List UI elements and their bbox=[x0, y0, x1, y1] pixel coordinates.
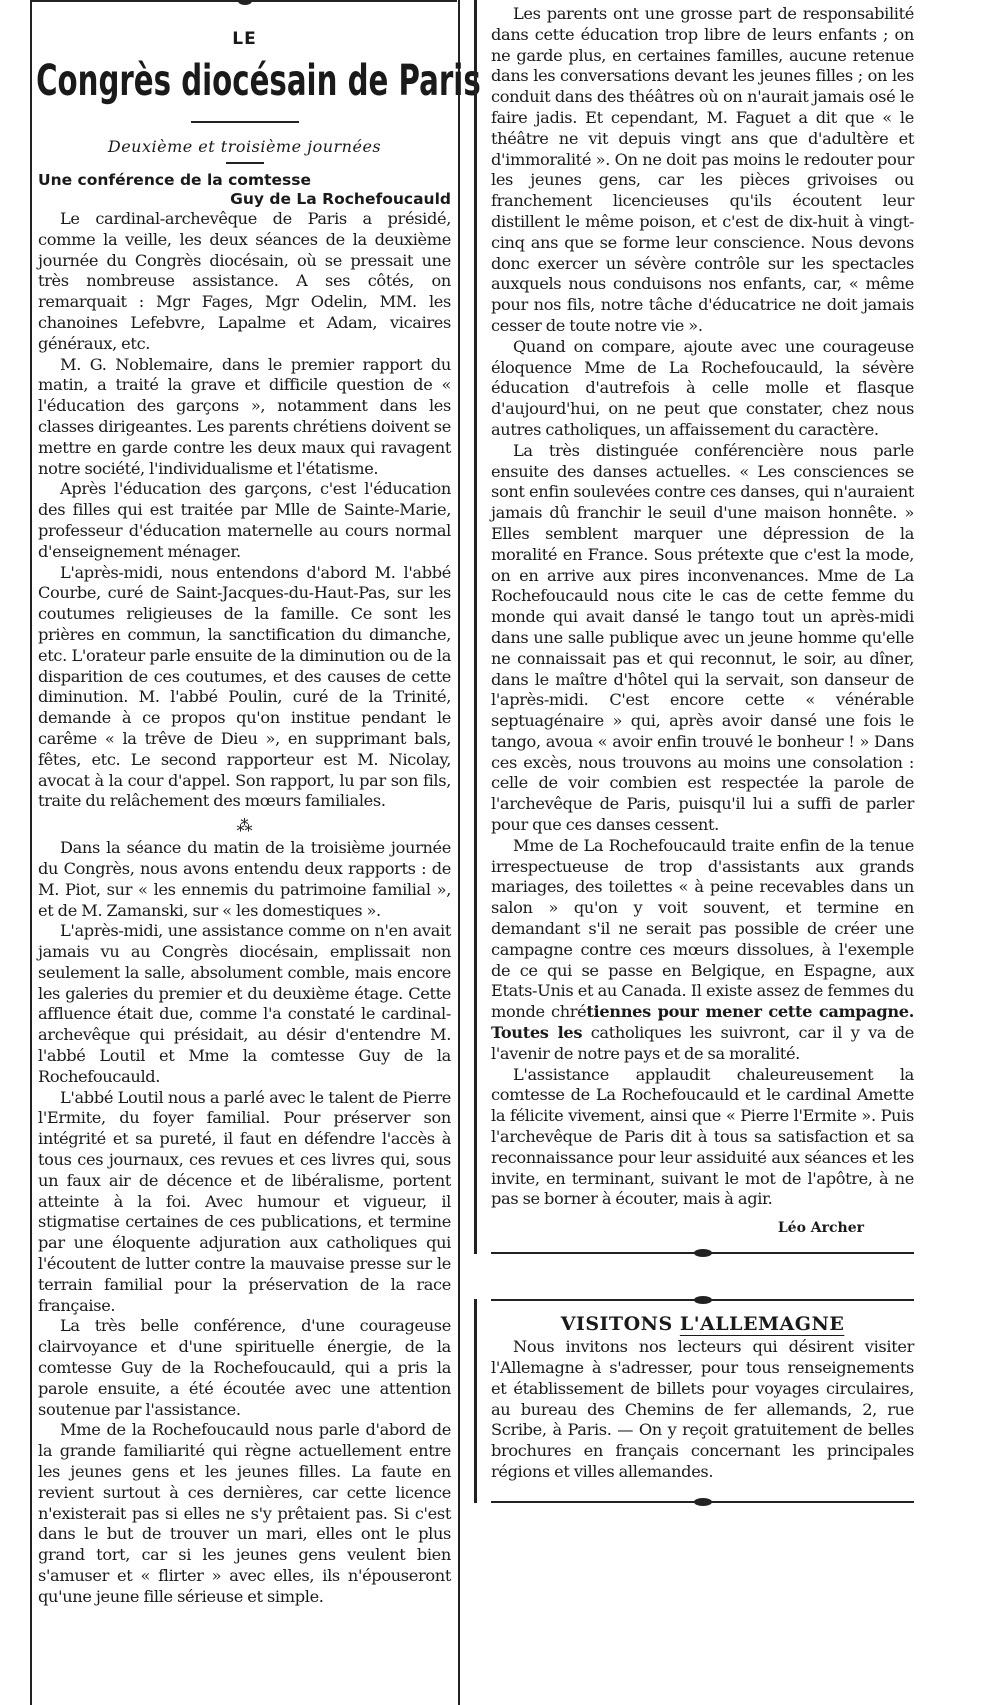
headline-rule bbox=[191, 121, 299, 123]
end-rule-ornament bbox=[491, 1252, 914, 1254]
left-column: LE Congrès diocésain de Paris Deuxième e… bbox=[30, 0, 460, 1705]
article-continuation: Les parents ont une grosse part de respo… bbox=[474, 0, 914, 1254]
asterism-separator-icon: ⁂ bbox=[38, 814, 451, 838]
paragraph: Après l'éducation des garçons, c'est l'é… bbox=[38, 479, 451, 562]
diamond-ornament-icon bbox=[694, 1249, 712, 1257]
paragraph: L'abbé Loutil nous a parlé avec le talen… bbox=[38, 1088, 451, 1317]
paragraph-text: Mme de La Rochefoucauld traite enfin de … bbox=[491, 836, 914, 1021]
paragraph: Dans la séance du matin de la troisième … bbox=[38, 838, 451, 921]
notice-title-part1: VISITONS bbox=[561, 1313, 680, 1335]
notice-title-part2: L'ALLEMAGNE bbox=[680, 1313, 844, 1335]
paragraph: La très distinguée conférencière nous pa… bbox=[491, 441, 914, 836]
notice-box: VISITONS L'ALLEMAGNE Nous invitons nos l… bbox=[474, 1299, 914, 1503]
paragraph: Mme de La Rochefoucauld traite enfin de … bbox=[491, 836, 914, 1065]
paragraph: Mme de la Rochefoucauld nous parle d'abo… bbox=[38, 1420, 451, 1607]
section-title-line2: Guy de La Rochefoucauld bbox=[38, 190, 451, 209]
notice-top-rule bbox=[491, 1299, 914, 1301]
article-headline: Congrès diocésain de Paris bbox=[36, 55, 453, 107]
paragraph: La très belle conférence, d'une courageu… bbox=[38, 1316, 451, 1420]
paragraph: M. G. Noblemaire, dans le premier rappor… bbox=[38, 355, 451, 480]
notice-body: Nous invitons nos lecteurs qui désirent … bbox=[491, 1337, 914, 1483]
top-rule-ornament bbox=[32, 0, 457, 2]
section-title: Une conférence de la comtesse Guy de La … bbox=[38, 171, 451, 209]
diamond-ornament-icon bbox=[694, 1498, 712, 1506]
paragraph: Le cardinal-archevêque de Paris a présid… bbox=[38, 209, 451, 355]
diamond-ornament-icon bbox=[694, 1296, 712, 1304]
subhead-rule bbox=[226, 162, 264, 164]
paragraph: Quand on compare, ajoute avec une courag… bbox=[491, 337, 914, 441]
headline-kicker: LE bbox=[38, 29, 451, 49]
diamond-ornament-icon bbox=[238, 0, 252, 5]
article-subhead: Deuxième et troisième journées bbox=[38, 137, 451, 156]
right-column: Les parents ont une grosse part de respo… bbox=[474, 0, 914, 1503]
author-signature: Léo Archer bbox=[491, 1220, 914, 1236]
notice-title: VISITONS L'ALLEMAGNE bbox=[491, 1313, 914, 1335]
paragraph: L'après-midi, une assistance comme on n'… bbox=[38, 921, 451, 1087]
paragraph: Les parents ont une grosse part de respo… bbox=[491, 4, 914, 337]
paragraph: L'après-midi, nous entendons d'abord M. … bbox=[38, 563, 451, 813]
notice-bottom-rule bbox=[491, 1501, 914, 1503]
paragraph: L'assistance applaudit chaleureusement l… bbox=[491, 1065, 914, 1211]
section-title-line1: Une conférence de la comtesse bbox=[38, 171, 311, 189]
